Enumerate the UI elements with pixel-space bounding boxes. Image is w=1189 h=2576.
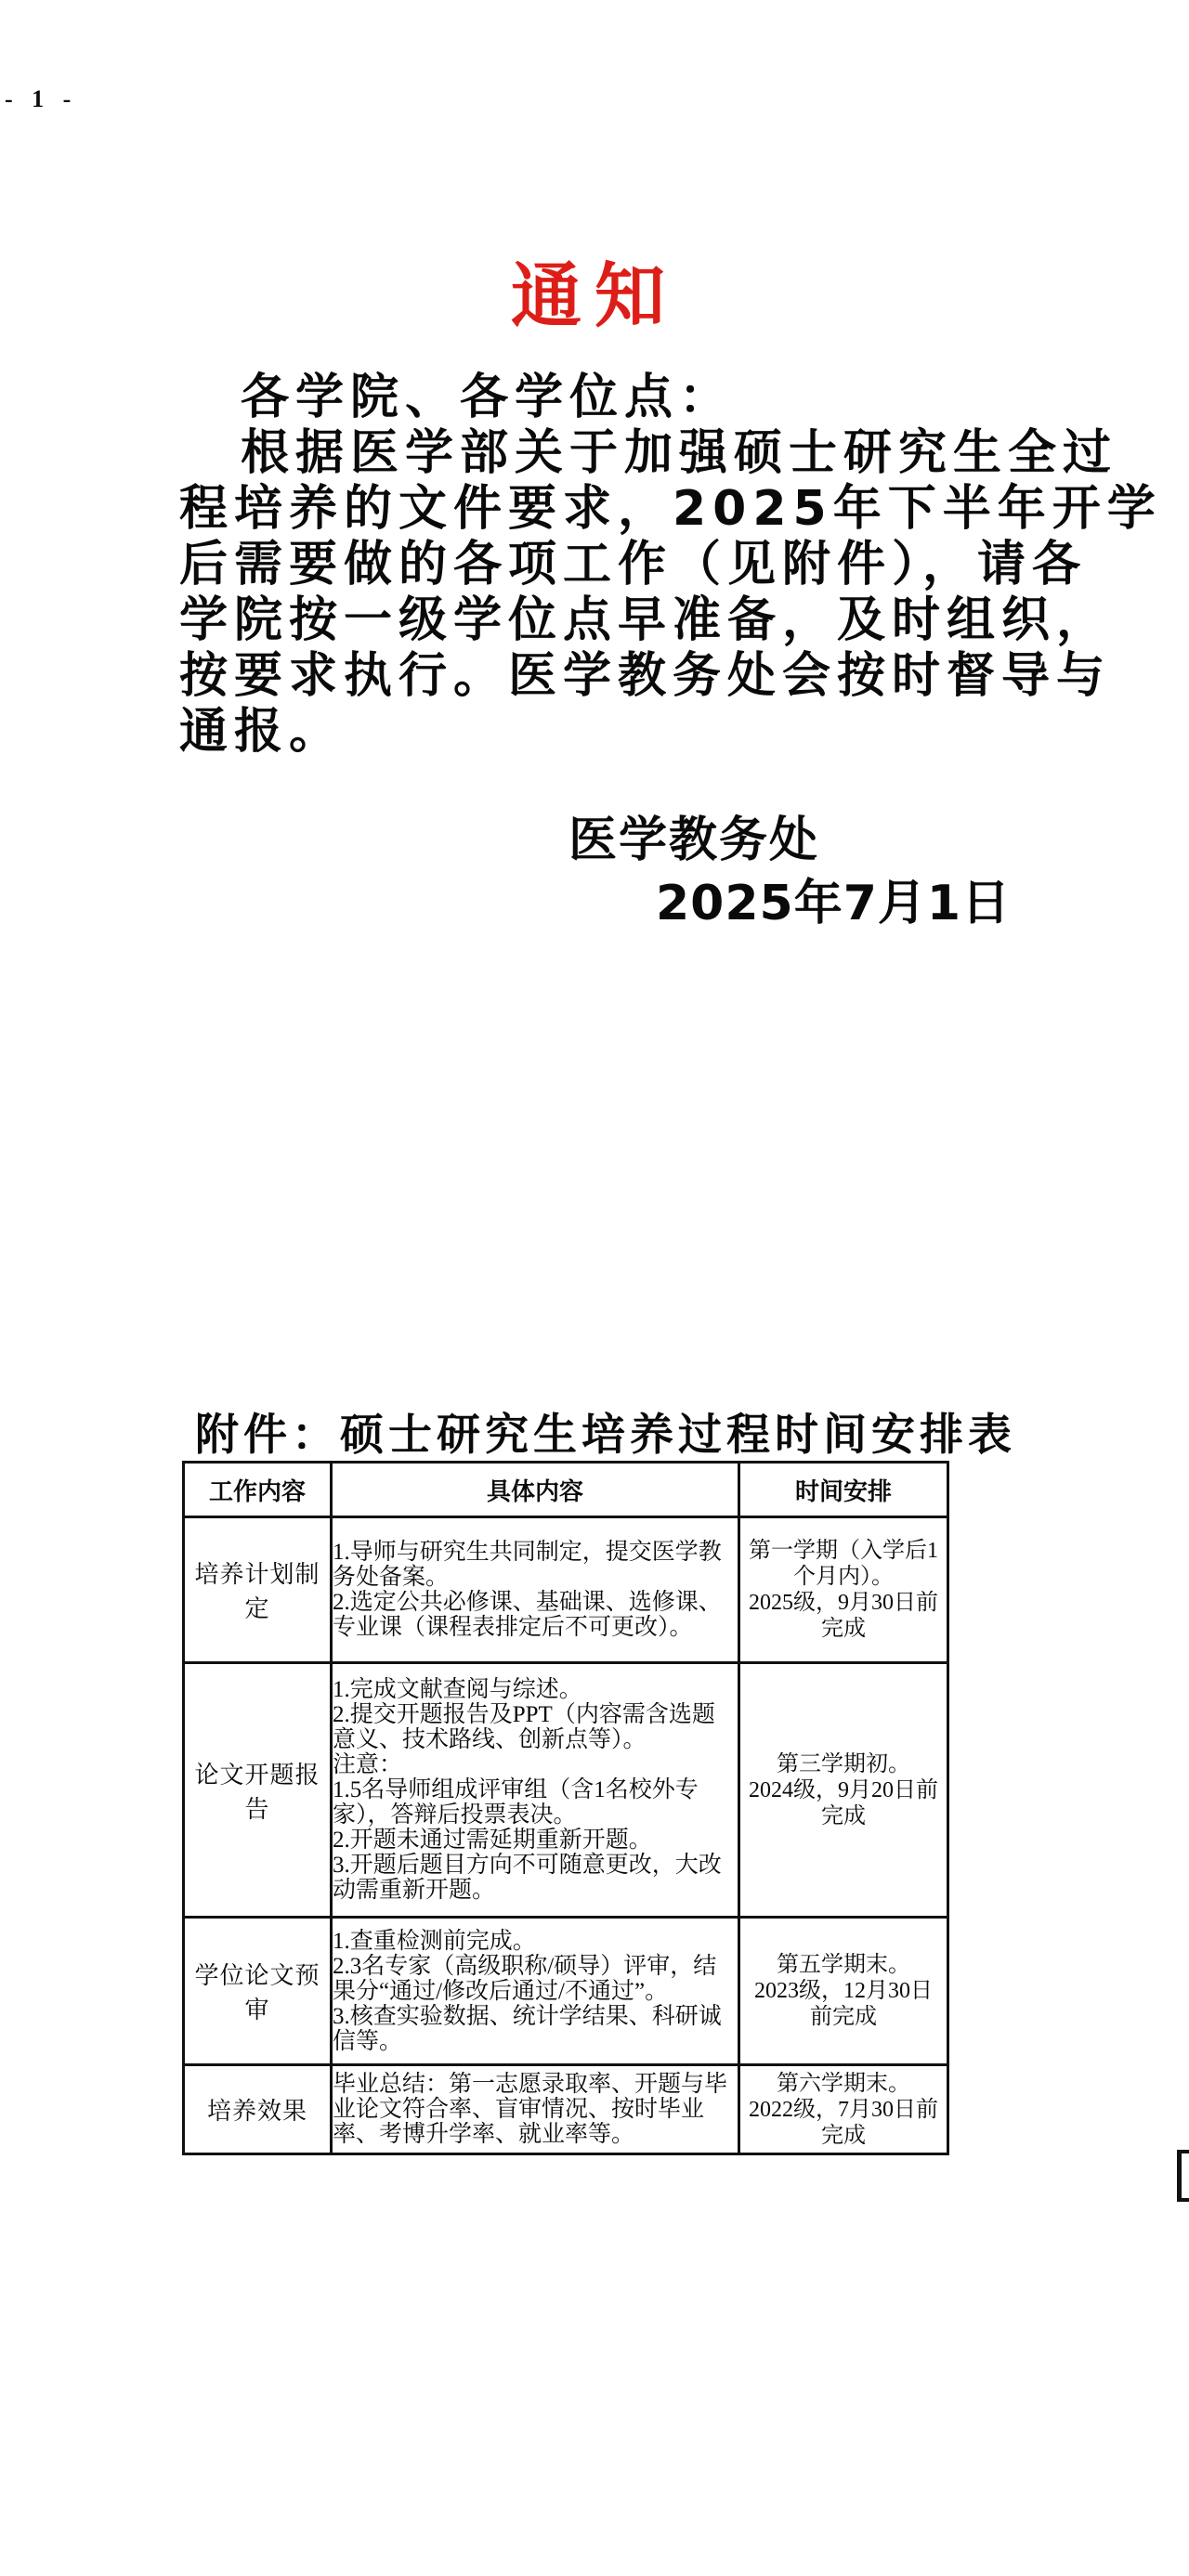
table-row: 培养计划制定 1.导师与研究生共同制定，提交医学教务处备案。 2.选定公共必修课… [184, 1517, 948, 1663]
schedule-line: 第三学期初。 [740, 1751, 947, 1777]
task-cell: 学位论文预审 [184, 1918, 332, 2065]
notice-salutation: 各学院、各学位点： [179, 370, 1062, 425]
notice-title: 通知 [0, 240, 1189, 341]
detail-item: 注意： [333, 1752, 738, 1777]
detail-item: 毕业总结：第一志愿录取率、开题与毕业论文符合率、盲审情况、按时毕业率、考博升学率… [333, 2072, 738, 2147]
detail-item: 1.完成文献查阅与综述。 [333, 1677, 738, 1702]
schedule-line: 前完成 [740, 2004, 947, 2030]
schedule-table: 工作内容 具体内容 时间安排 培养计划制定 1.导师与研究生共同制定，提交医学教… [182, 1461, 949, 2155]
column-header-task: 工作内容 [184, 1463, 332, 1517]
detail-item: 3.核查实验数据、统计学结果、科研诚信等。 [333, 2004, 738, 2054]
schedule-line: 2023级，12月30日 [740, 1978, 947, 2004]
schedule-line: 个月内）。 [740, 1564, 947, 1590]
table-row: 培养效果 毕业总结：第一志愿录取率、开题与毕业论文符合率、盲审情况、按时毕业率、… [184, 2065, 948, 2154]
schedule-line: 2024级，9月20日前 [740, 1777, 947, 1803]
detail-item: 3.开题后题目方向不可随意更改，大改动需重新开题。 [333, 1853, 738, 1903]
detail-item: 2.提交开题报告及PPT（内容需含选题意义、技术路线、创新点等）。 [333, 1702, 738, 1752]
schedule-cell: 第一学期（入学后1 个月内）。 2025级，9月30日前 完成 [739, 1517, 948, 1663]
attachment-title: 附件：硕士研究生培养过程时间安排表 [195, 1400, 1016, 1463]
signature-department: 医学教务处 [568, 800, 819, 870]
details-cell: 1.完成文献查阅与综述。 2.提交开题报告及PPT（内容需含选题意义、技术路线、… [332, 1663, 739, 1918]
details-cell: 毕业总结：第一志愿录取率、开题与毕业论文符合率、盲审情况、按时毕业率、考博升学率… [332, 2065, 739, 2154]
notice-body: 各学院、各学位点： 根据医学部关于加强硕士研究生全过 程培养的文件要求，2025… [179, 370, 1062, 760]
detail-item: 2.3名专家（高级职称/硕导）评审，结果分“通过/修改后通过/不通过”。 [333, 1954, 738, 2004]
detail-item: 1.查重检测前完成。 [333, 1929, 738, 1954]
schedule-line: 第五学期末。 [740, 1952, 947, 1978]
details-cell: 1.导师与研究生共同制定，提交医学教务处备案。 2.选定公共必修课、基础课、选修… [332, 1517, 739, 1663]
schedule-cell: 第六学期末。 2022级，7月30日前 完成 [739, 2065, 948, 2154]
detail-item: 1.导师与研究生共同制定，提交医学教务处备案。 [333, 1540, 738, 1590]
table-header-row: 工作内容 具体内容 时间安排 [184, 1463, 948, 1517]
notice-body-line: 根据医学部关于加强硕士研究生全过 [179, 425, 1062, 481]
table-row: 学位论文预审 1.查重检测前完成。 2.3名专家（高级职称/硕导）评审，结果分“… [184, 1918, 948, 2065]
notice-body-line: 按要求执行。医学教务处会按时督导与 [179, 648, 1062, 704]
schedule-line: 第一学期（入学后1 [740, 1538, 947, 1564]
document-date: 2025年7月1日 [656, 864, 1011, 933]
schedule-line: 完成 [740, 1616, 947, 1642]
document-page: - 1 - 通知 各学院、各学位点： 根据医学部关于加强硕士研究生全过 程培养的… [0, 0, 1189, 2576]
page-number: - 1 - [5, 85, 77, 113]
notice-body-line: 程培养的文件要求，2025年下半年开学 [179, 481, 1062, 537]
detail-item: 1.5名导师组成评审组（含1名校外专家），答辩后投票表决。 [333, 1777, 738, 1828]
schedule-cell: 第五学期末。 2023级，12月30日 前完成 [739, 1918, 948, 2065]
detail-item: 2.选定公共必修课、基础课、选修课、专业课（课程表排定后不可更改）。 [333, 1590, 738, 1640]
notice-body-line: 后需要做的各项工作（见附件），请各 [179, 537, 1062, 592]
schedule-line: 完成 [740, 2123, 947, 2149]
detail-item: 2.开题未通过需延期重新开题。 [333, 1828, 738, 1853]
column-header-details: 具体内容 [332, 1463, 739, 1517]
task-cell: 培养效果 [184, 2065, 332, 2154]
table-row: 论文开题报告 1.完成文献查阅与综述。 2.提交开题报告及PPT（内容需含选题意… [184, 1663, 948, 1918]
schedule-line: 完成 [740, 1803, 947, 1829]
task-cell: 培养计划制定 [184, 1517, 332, 1663]
schedule-cell: 第三学期初。 2024级，9月20日前 完成 [739, 1663, 948, 1918]
details-cell: 1.查重检测前完成。 2.3名专家（高级职称/硕导）评审，结果分“通过/修改后通… [332, 1918, 739, 2065]
schedule-line: 2022级，7月30日前 [740, 2097, 947, 2123]
column-header-schedule: 时间安排 [739, 1463, 948, 1517]
task-cell: 论文开题报告 [184, 1663, 332, 1918]
scan-bracket-artifact [1177, 2150, 1189, 2202]
schedule-line: 2025级，9月30日前 [740, 1590, 947, 1616]
notice-body-line: 通报。 [179, 704, 1062, 760]
schedule-line: 第六学期末。 [740, 2071, 947, 2097]
notice-body-line: 学院按一级学位点早准备，及时组织， [179, 592, 1062, 648]
